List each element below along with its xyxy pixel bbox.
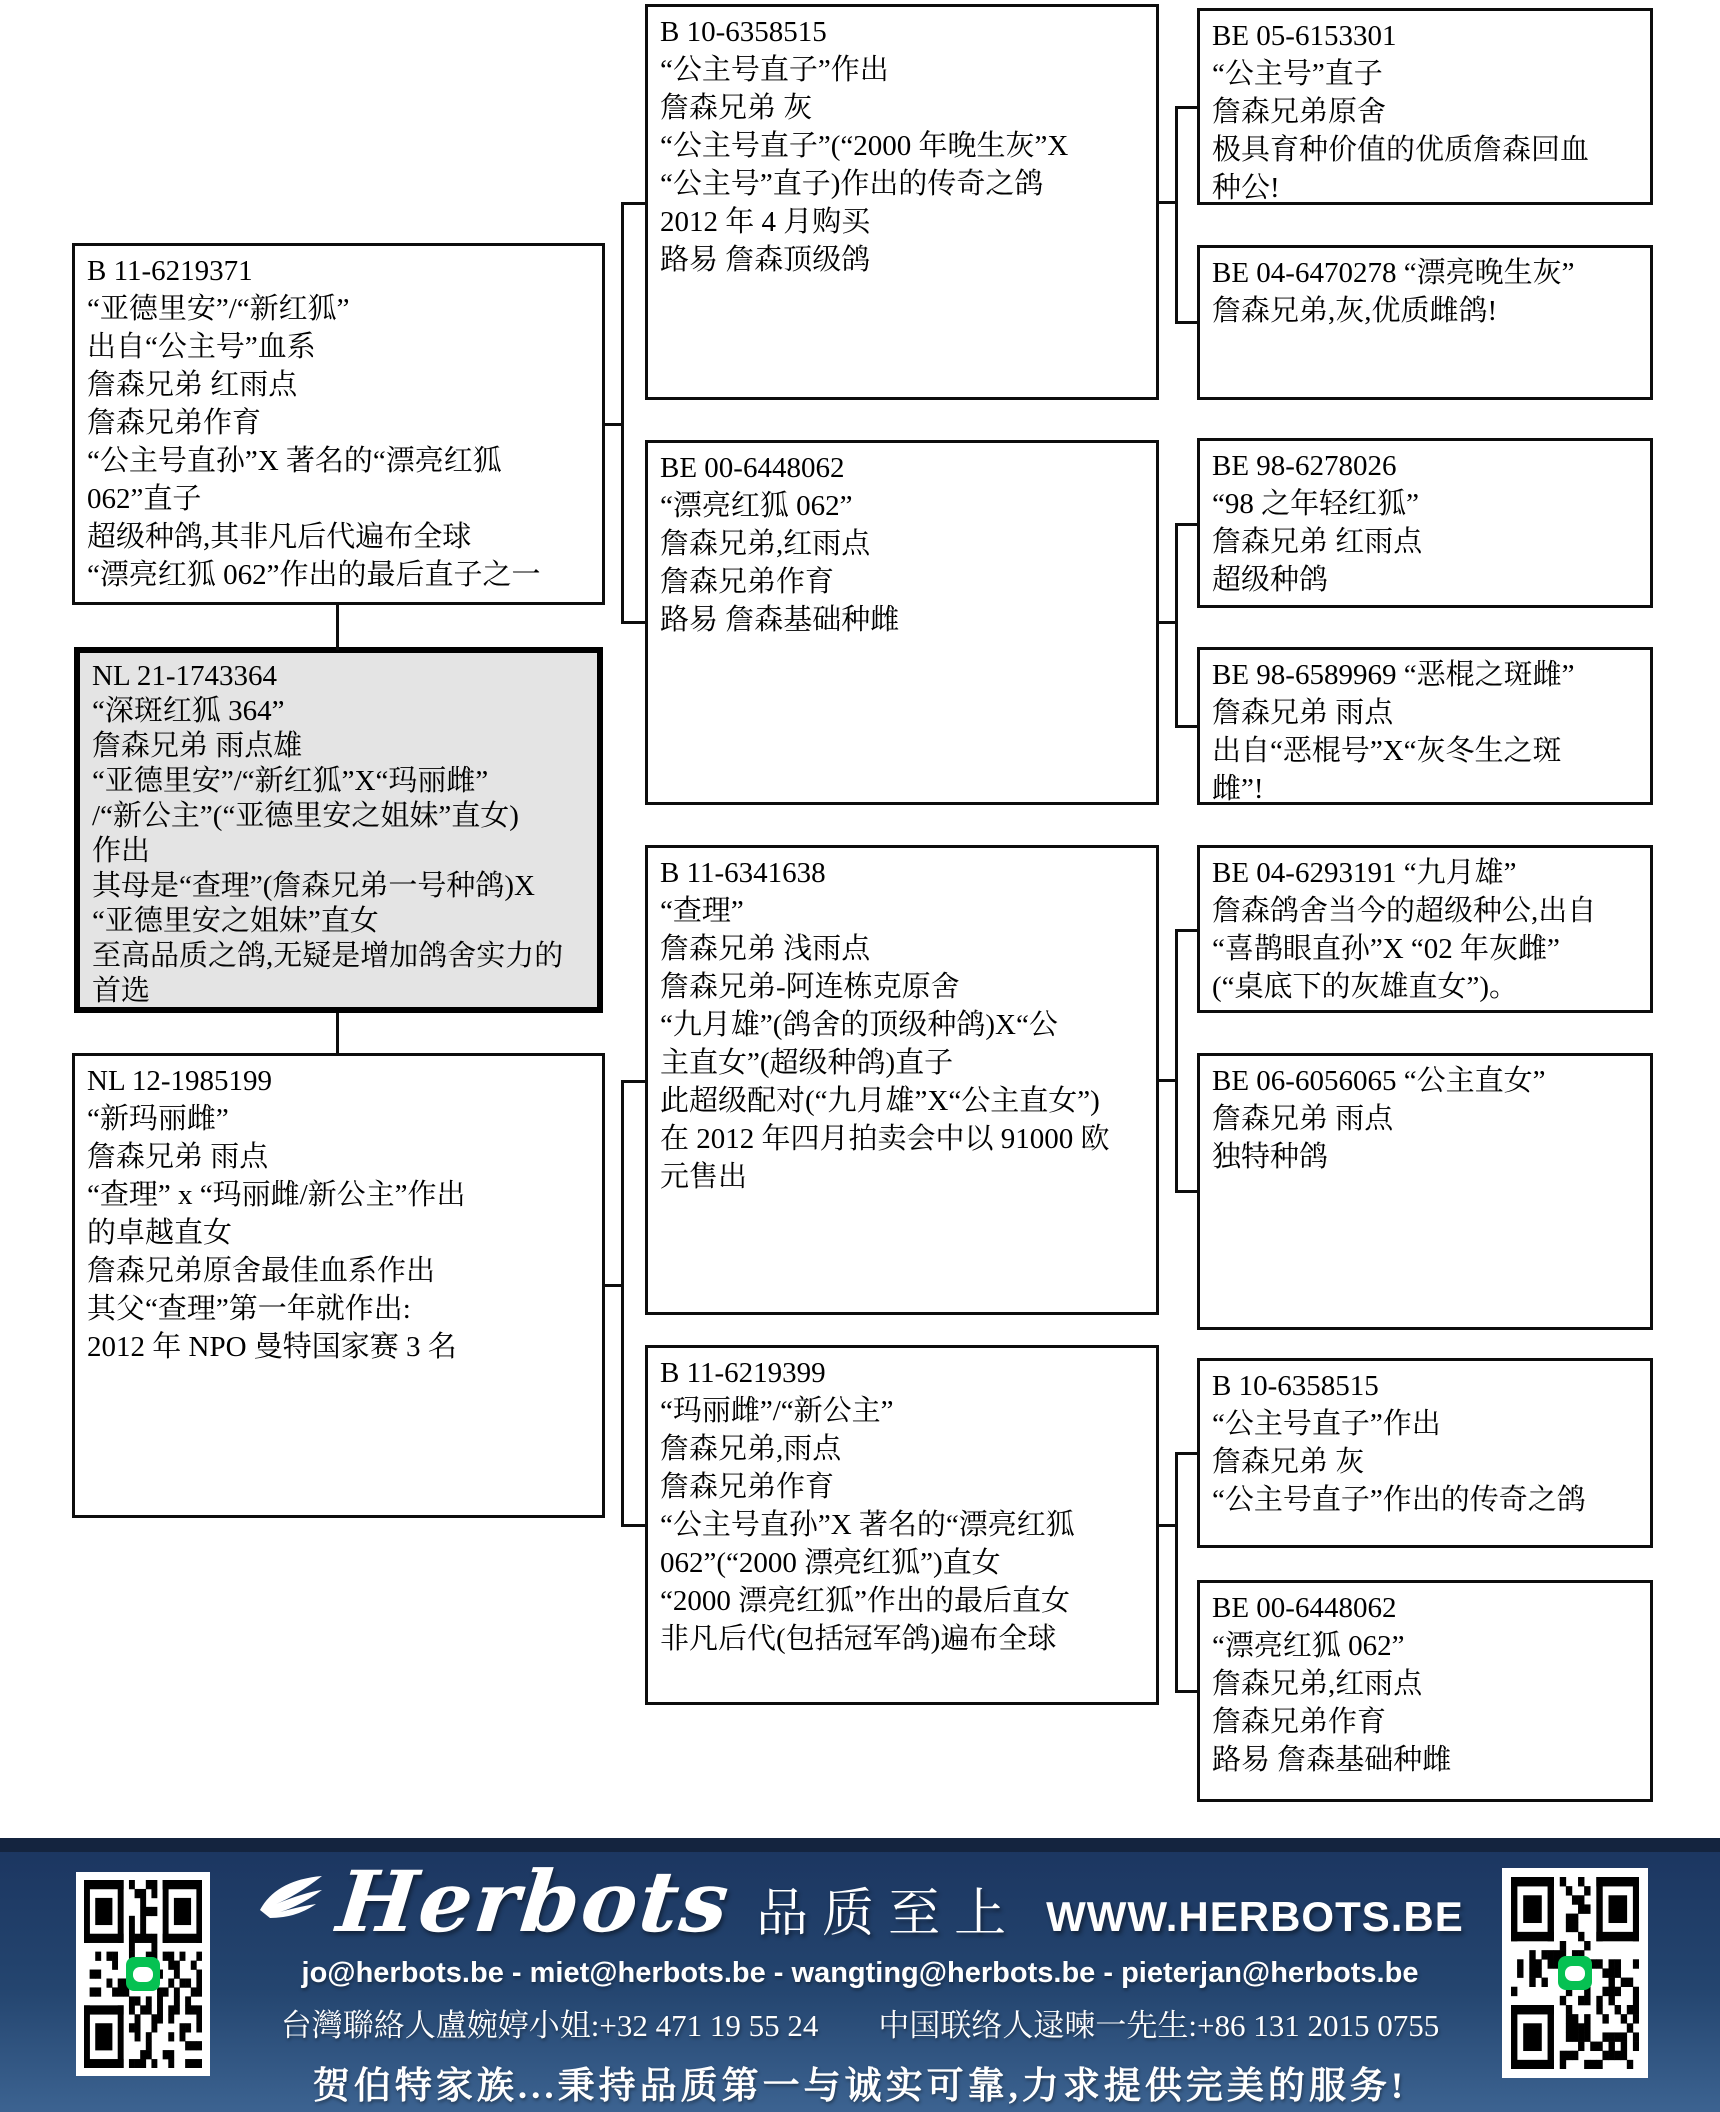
text-line: “漂亮红狐 062” xyxy=(660,487,1144,525)
text-line: “查理” xyxy=(660,892,1144,930)
text-line: “98 之年轻红狐” xyxy=(1212,485,1638,523)
text-line: BE 98-6589969 “恶棍之斑雌” xyxy=(1212,656,1638,694)
text-line: BE 98-6278026 xyxy=(1212,447,1638,485)
text-line: “亚德里安之姐妹”直女 xyxy=(92,904,585,939)
text-line: /“新公主”(“亚德里安之姐妹”直女) xyxy=(92,799,585,834)
text-line: 雌”! xyxy=(1212,770,1638,805)
connector-line xyxy=(1175,106,1178,324)
text-line: 062”(“2000 漂亮红狐”)直女 xyxy=(660,1544,1144,1582)
connector-line xyxy=(1175,1690,1197,1693)
wechat-icon xyxy=(1558,1956,1592,1990)
text-line: 主直女”(超级种鸽)直子 xyxy=(660,1044,1144,1082)
text-line: “查理” x “玛丽雌/新公主”作出 xyxy=(87,1176,590,1214)
pedigree-box-dam-dam: B 11-6219399“玛丽雌”/“新公主”詹森兄弟,雨点詹森兄弟作育“公主号… xyxy=(645,1345,1159,1705)
footer-contact-china: 中国联络人逯暕一先生:+86 131 2015 0755 xyxy=(878,2000,1439,2045)
text-line: NL 12-1985199 xyxy=(87,1062,590,1100)
text-line: 路易 詹森顶级鸽 xyxy=(660,241,1144,279)
text-line: (“桌底下的灰雄直女”)。 xyxy=(1212,968,1638,1006)
text-line: 詹森兄弟 雨点 xyxy=(1212,1100,1638,1138)
connector-line xyxy=(1175,1190,1197,1193)
line-qr-code xyxy=(76,1872,210,2076)
text-line: BE 04-6293191 “九月雄” xyxy=(1212,854,1638,892)
text-line: BE 04-6470278 “漂亮晚生灰” xyxy=(1212,254,1638,292)
text-line: 詹森兄弟 雨点 xyxy=(87,1138,590,1176)
text-line: 元售出 xyxy=(660,1158,1144,1196)
text-line: 非凡后代(包括冠军鸽)遍布全球 xyxy=(660,1620,1144,1658)
wechat-qr-code xyxy=(1502,1868,1648,2078)
connector-line xyxy=(621,202,645,205)
text-line: “深斑红狐 364” xyxy=(92,694,585,729)
text-line: 詹森兄弟 灰 xyxy=(660,89,1144,127)
text-line: 此超级配对(“九月雄”X“公主直女”) xyxy=(660,1082,1144,1120)
connector-line xyxy=(621,621,645,624)
connector-line xyxy=(621,1524,645,1527)
text-line: BE 00-6448062 xyxy=(1212,1589,1638,1627)
connector-line xyxy=(1175,1452,1178,1693)
pedigree-box-subject: NL 21-1743364“深斑红狐 364”詹森兄弟 雨点雄“亚德里安”/“新… xyxy=(74,647,603,1013)
pedigree-box-dam-dam-dam: BE 00-6448062“漂亮红狐 062”詹森兄弟,红雨点詹森兄弟作育路易 … xyxy=(1197,1580,1653,1802)
text-line: 路易 詹森基础种雌 xyxy=(660,601,1144,639)
connector-line xyxy=(1175,106,1197,109)
text-line: “公主号直孙”X 著名的“漂亮红狐 xyxy=(660,1506,1144,1544)
footer-top-stripe xyxy=(0,1838,1720,1852)
footer-content: Herbots 品质至上 WWW.HERBOTS.BE jo@herbots.b… xyxy=(225,1852,1495,2102)
text-line: B 10-6358515 xyxy=(660,13,1144,51)
line-app-icon xyxy=(126,1957,160,1991)
text-line: B 11-6219399 xyxy=(660,1354,1144,1392)
pedigree-box-sire-dam-sire: BE 98-6278026“98 之年轻红狐”詹森兄弟 红雨点超级种鸽 xyxy=(1197,438,1653,608)
text-line: 出自“公主号”血系 xyxy=(87,328,590,366)
text-line: 其母是“查理”(詹森兄弟一号种鸽)X xyxy=(92,869,585,904)
connector-line xyxy=(336,1013,339,1055)
text-line: 首选 xyxy=(92,974,585,1009)
text-line: “公主号”直子)作出的传奇之鸽 xyxy=(660,165,1144,203)
text-line: 詹森兄弟,红雨点 xyxy=(660,525,1144,563)
text-line: 詹森兄弟作育 xyxy=(660,563,1144,601)
text-line: 詹森兄弟 浅雨点 xyxy=(660,930,1144,968)
text-line: 062”直子 xyxy=(87,480,590,518)
pedigree-box-dam-sire-dam: BE 06-6056065 “公主直女”詹森兄弟 雨点独特种鸽 xyxy=(1197,1053,1653,1330)
text-line: 詹森兄弟 红雨点 xyxy=(87,366,590,404)
text-line: “新玛丽雌” xyxy=(87,1100,590,1138)
connector-line xyxy=(1175,725,1197,728)
text-line: 在 2012 年四月拍卖会中以 91000 欧 xyxy=(660,1120,1144,1158)
text-line: 詹森兄弟 雨点 xyxy=(1212,694,1638,732)
text-line: 独特种鸽 xyxy=(1212,1138,1638,1176)
text-line: 超级种鸽,其非凡后代遍布全球 xyxy=(87,518,590,556)
text-line: BE 06-6056065 “公主直女” xyxy=(1212,1062,1638,1100)
text-line: 詹森兄弟 灰 xyxy=(1212,1443,1638,1481)
connector-line xyxy=(1175,1452,1197,1455)
text-line: 詹森兄弟,雨点 xyxy=(660,1430,1144,1468)
text-line: 极具育种价值的优质詹森回血 xyxy=(1212,131,1638,169)
text-line: “公主号直子”作出 xyxy=(660,51,1144,89)
text-line: 詹森兄弟 雨点雄 xyxy=(92,729,585,764)
footer-website: WWW.HERBOTS.BE xyxy=(1046,1893,1464,1941)
pedigree-box-sire-dam-dam: BE 98-6589969 “恶棍之斑雌”詹森兄弟 雨点出自“恶棍号”X“灰冬生… xyxy=(1197,647,1653,805)
text-line: “公主号直子”(“2000 年晚生灰”X xyxy=(660,127,1144,165)
text-line: “喜鹊眼直孙”X “02 年灰雌” xyxy=(1212,930,1638,968)
text-line: 詹森兄弟-阿连栋克原舍 xyxy=(660,968,1144,1006)
text-line: “公主号直子”作出 xyxy=(1212,1405,1638,1443)
footer-tagline: 贺伯特家族...秉持品质第一与诚实可靠,力求提供完美的服务! xyxy=(313,2055,1407,2109)
connector-line xyxy=(1175,523,1178,728)
text-line: 詹森兄弟,灰,优质雌鸽! xyxy=(1212,292,1638,330)
text-line: “公主号直孙”X 著名的“漂亮红狐 xyxy=(87,442,590,480)
connector-line xyxy=(1175,929,1178,1193)
text-line: 至高品质之鸽,无疑是增加鸽舍实力的 xyxy=(92,939,585,974)
text-line: “漂亮红狐 062”作出的最后直子之一 xyxy=(87,556,590,594)
text-line: 2012 年 NPO 曼特国家赛 3 名 xyxy=(87,1328,590,1366)
pedigree-box-sire-dam: BE 00-6448062“漂亮红狐 062”詹森兄弟,红雨点詹森兄弟作育路易 … xyxy=(645,440,1159,805)
text-line: 詹森兄弟,红雨点 xyxy=(1212,1665,1638,1703)
text-line: B 11-6219371 xyxy=(87,252,590,290)
connector-line xyxy=(1175,523,1197,526)
connector-line xyxy=(621,1080,624,1527)
pedigree-box-sire: B 11-6219371“亚德里安”/“新红狐”出自“公主号”血系詹森兄弟 红雨… xyxy=(72,243,605,605)
text-line: 其父“查理”第一年就作出: xyxy=(87,1290,590,1328)
pedigree-box-dam-sire: B 11-6341638“查理”詹森兄弟 浅雨点詹森兄弟-阿连栋克原舍“九月雄”… xyxy=(645,845,1159,1315)
footer-slogan: 品质至上 xyxy=(756,1871,1020,1946)
text-line: 超级种鸽 xyxy=(1212,561,1638,599)
text-line: 詹森兄弟作育 xyxy=(660,1468,1144,1506)
text-line: “亚德里安”/“新红狐” xyxy=(87,290,590,328)
connector-line xyxy=(336,605,339,650)
text-line: “漂亮红狐 062” xyxy=(1212,1627,1638,1665)
text-line: 的卓越直女 xyxy=(87,1214,590,1252)
pedigree-box-sire-sire: B 10-6358515“公主号直子”作出詹森兄弟 灰“公主号直子”(“2000… xyxy=(645,4,1159,400)
text-line: “玛丽雌”/“新公主” xyxy=(660,1392,1144,1430)
text-line: 2012 年 4 月购买 xyxy=(660,203,1144,241)
pedigree-box-dam-dam-sire: B 10-6358515“公主号直子”作出詹森兄弟 灰“公主号直子”作出的传奇之… xyxy=(1197,1358,1653,1548)
text-line: 路易 詹森基础种雌 xyxy=(1212,1741,1638,1779)
text-line: 詹森兄弟原舍最佳血系作出 xyxy=(87,1252,590,1290)
text-line: NL 21-1743364 xyxy=(92,659,585,694)
text-line: “公主号”直子 xyxy=(1212,55,1638,93)
text-line: “亚德里安”/“新红狐”X“玛丽雌” xyxy=(92,764,585,799)
text-line: 作出 xyxy=(92,834,585,869)
footer-emails: jo@herbots.be - miet@herbots.be - wangti… xyxy=(302,1957,1419,1990)
text-line: BE 05-6153301 xyxy=(1212,17,1638,55)
text-line: “2000 漂亮红狐”作出的最后直女 xyxy=(660,1582,1144,1620)
text-line: 詹森兄弟作育 xyxy=(87,404,590,442)
connector-line xyxy=(1175,321,1197,324)
connector-line xyxy=(1175,929,1197,932)
connector-line xyxy=(621,202,624,624)
text-line: B 10-6358515 xyxy=(1212,1367,1638,1405)
text-line: B 11-6341638 xyxy=(660,854,1144,892)
text-line: 詹森兄弟原舍 xyxy=(1212,93,1638,131)
text-line: 出自“恶棍号”X“灰冬生之斑 xyxy=(1212,732,1638,770)
text-line: “公主号直子”作出的传奇之鸽 xyxy=(1212,1481,1638,1519)
pedigree-box-dam: NL 12-1985199“新玛丽雌”詹森兄弟 雨点“查理” x “玛丽雌/新公… xyxy=(72,1053,605,1518)
text-line: 种公! xyxy=(1212,169,1638,205)
text-line: 詹森兄弟作育 xyxy=(1212,1703,1638,1741)
pedigree-box-sire-sire-dam: BE 04-6470278 “漂亮晚生灰”詹森兄弟,灰,优质雌鸽! xyxy=(1197,245,1653,400)
text-line: 詹森兄弟 红雨点 xyxy=(1212,523,1638,561)
footer-contact-taiwan: 台灣聯絡人盧婉婷小姐:+32 471 19 55 24 xyxy=(281,2000,819,2045)
pedigree-box-dam-sire-sire: BE 04-6293191 “九月雄”詹森鸽舍当今的超级种公,出自“喜鹊眼直孙”… xyxy=(1197,845,1653,1013)
text-line: “九月雄”(鸽舍的顶级种鸽)X“公 xyxy=(660,1006,1144,1044)
text-line: 詹森鸽舍当今的超级种公,出自 xyxy=(1212,892,1638,930)
pedigree-box-sire-sire-sire: BE 05-6153301“公主号”直子詹森兄弟原舍极具育种价值的优质詹森回血种… xyxy=(1197,8,1653,205)
text-line: BE 00-6448062 xyxy=(660,449,1144,487)
pedigree-page: B 11-6219371“亚德里安”/“新红狐”出自“公主号”血系詹森兄弟 红雨… xyxy=(0,0,1720,2112)
brand-logo-text: Herbots xyxy=(333,1852,735,1951)
connector-line xyxy=(621,1080,645,1083)
wing-icon xyxy=(256,1870,326,1934)
